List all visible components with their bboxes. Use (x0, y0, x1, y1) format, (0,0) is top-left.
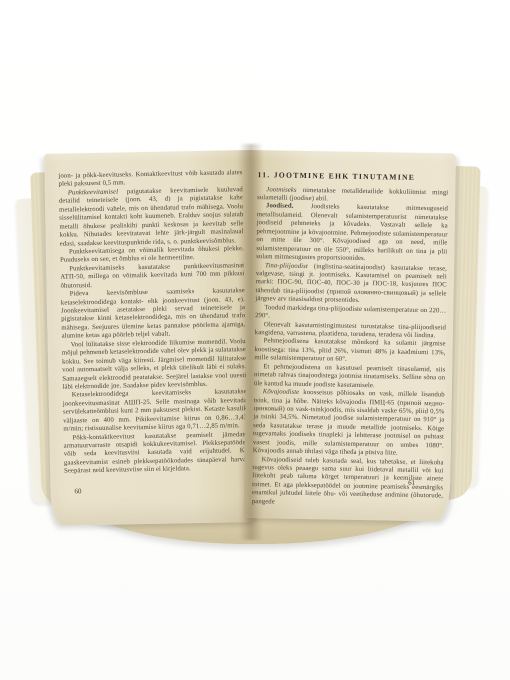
paragraph-lead: Punktkeevitamisel (68, 188, 127, 196)
paragraph: Kõvajoodiste koosseisus põhiosaks on vas… (253, 388, 445, 459)
paragraph-lead: Jootmiseks (266, 186, 303, 194)
paragraph: Pideva keevisõmbluse saamiseks kasutatak… (61, 287, 246, 341)
right-page-paragraphs: Jootmiseks nimetatakse metalldetailide k… (252, 186, 449, 510)
book-photo: joon- ja põkk-keevituseks. Kontaktkeevit… (0, 0, 510, 680)
paragraph: Põkk-kontaktkeevitust kasutatakse peamis… (63, 431, 248, 477)
paragraph: Ketaselektroodidega keevitamiseks kasuta… (63, 388, 248, 434)
right-page: 11. JOOTMINE EHK TINUTAMINE Jootmiseks n… (244, 150, 456, 522)
paragraph-lead: Joodised. (266, 203, 311, 211)
paragraph: Punktkeevitamiseks kasutatakse punktkeev… (60, 262, 244, 291)
paragraph: Tina-pliijoodist (inglistina-seatinajood… (255, 262, 447, 308)
paragraph: Pehmejoodisena kasutatakse mõnikord ka s… (254, 338, 445, 367)
paragraph-lead: Tina-pliijoodist (265, 262, 314, 270)
paragraph-lead: Kõvajoodiste (263, 388, 304, 396)
left-page-number: 60 (74, 487, 81, 495)
paragraph: Vool lülitatakse sisse elektroodide liik… (62, 338, 247, 392)
paragraph: Joodised. Joodisteks kasutatakse mitmesu… (256, 203, 448, 265)
paragraph: Et pehmejoodistena on kasutusel peamisel… (254, 363, 445, 392)
right-page-text: 11. JOOTMINE EHK TINUTAMINE Jootmiseks n… (252, 170, 449, 509)
chapter-heading: 11. JOOTMINE EHK TINUTAMINE (257, 170, 448, 183)
paragraph: Punktkeevitamisel paigutatakse keevitami… (59, 186, 244, 249)
book-spine-gutter-shadow (239, 144, 263, 540)
left-page: joon- ja põkk-keevituseks. Kontaktkeevit… (44, 150, 257, 526)
right-page-number: 61 (408, 479, 415, 487)
left-page-text: joon- ja põkk-keevituseks. Kontaktkeevit… (58, 169, 248, 476)
